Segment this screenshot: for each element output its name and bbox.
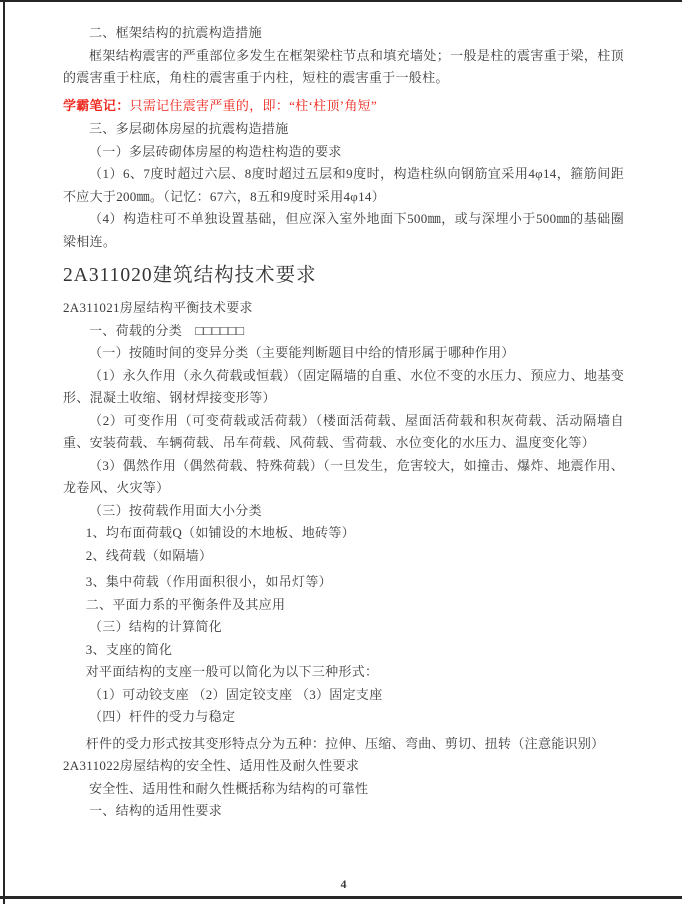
paragraph: 安全性、适用性和耐久性概括称为结构的可靠性 [63,778,624,801]
subsection-heading: （三）按荷载作用面大小分类 [63,500,624,523]
code-subheading: 2A311022房屋结构的安全性、适用性及耐久性要求 [63,755,624,778]
section-heading: 二、框架结构的抗震构造措施 [63,22,624,45]
subsection-heading: （一）按随时间的变异分类（主要能判断题目中给的情形属于哪种作用） [63,342,624,365]
list-item: 3、集中荷载（作用面积很小，如吊灯等） [63,571,624,594]
paragraph: （3）偶然作用（偶然荷载、特殊荷载）（一旦发生，危害较大，如撞击、爆炸、地震作用… [63,455,624,500]
chapter-heading: 2A311020建筑结构技术要求 [63,262,624,289]
section-heading: 二、平面力系的平衡条件及其应用 [63,594,624,617]
paragraph: （4）构造柱可不单独设置基础，但应深入室外地面下500㎜，或与深埋小于500㎜的… [63,208,624,253]
paragraph: 杆件的受力形式按其变形特点分为五种：拉伸、压缩、弯曲、剪切、扭转（注意能识别） [63,733,624,756]
paragraph: （2）可变作用（可变荷载或活荷载）（楼面活荷载、屋面活荷载和积灰荷载、活动隔墙自… [63,410,624,455]
code-subheading: 2A311021房屋结构平衡技术要求 [63,297,624,320]
subsection-heading: （一）多层砖砌体房屋的构造柱构造的要求 [63,141,624,164]
subsection-heading: （三）结构的计算简化 [63,616,624,639]
paragraph: 对平面结构的支座一般可以简化为以下三种形式： [63,661,624,684]
paragraph: （1）永久作用（永久荷载或恒载）（固定隔墙的自重、水位不变的水压力、预应力、地基… [63,365,624,410]
list-item: 2、线荷载（如隔墙） [63,545,624,568]
section-heading: 三、多层砌体房屋的抗震构造措施 [63,118,624,141]
subsection-heading: （四）杆件的受力与稳定 [63,706,624,729]
list-item: （1）可动铰支座 （2）固定铰支座 （3）固定支座 [63,684,624,707]
paragraph: （1）6、7度时超过六层、8度时超过五层和9度时，构造柱纵向钢筋宜采用4φ14，… [63,163,624,208]
page-number: 4 [63,873,624,896]
study-note-label: 学霸笔记： [63,98,130,113]
study-note: 学霸笔记：只需记住震害严重的，即：“柱‘柱顶’角短” [63,95,624,118]
section-heading: 一、荷载的分类 □□□□□□ [63,320,624,343]
document-page: 二、框架结构的抗震构造措施 框架结构震害的严重部位多发生在框架梁柱节点和填充墙处… [0,0,682,904]
section-heading: 一、结构的适用性要求 [63,800,624,823]
study-note-text: 只需记住震害严重的，即：“柱‘柱顶’角短” [130,98,378,113]
list-item: 1、均布面荷载Q（如铺设的木地板、地砖等） [63,522,624,545]
list-item: 3、支座的简化 [63,639,624,662]
paragraph: 框架结构震害的严重部位多发生在框架梁柱节点和填充墙处；一般是柱的震害重于梁，柱顶… [63,45,624,90]
